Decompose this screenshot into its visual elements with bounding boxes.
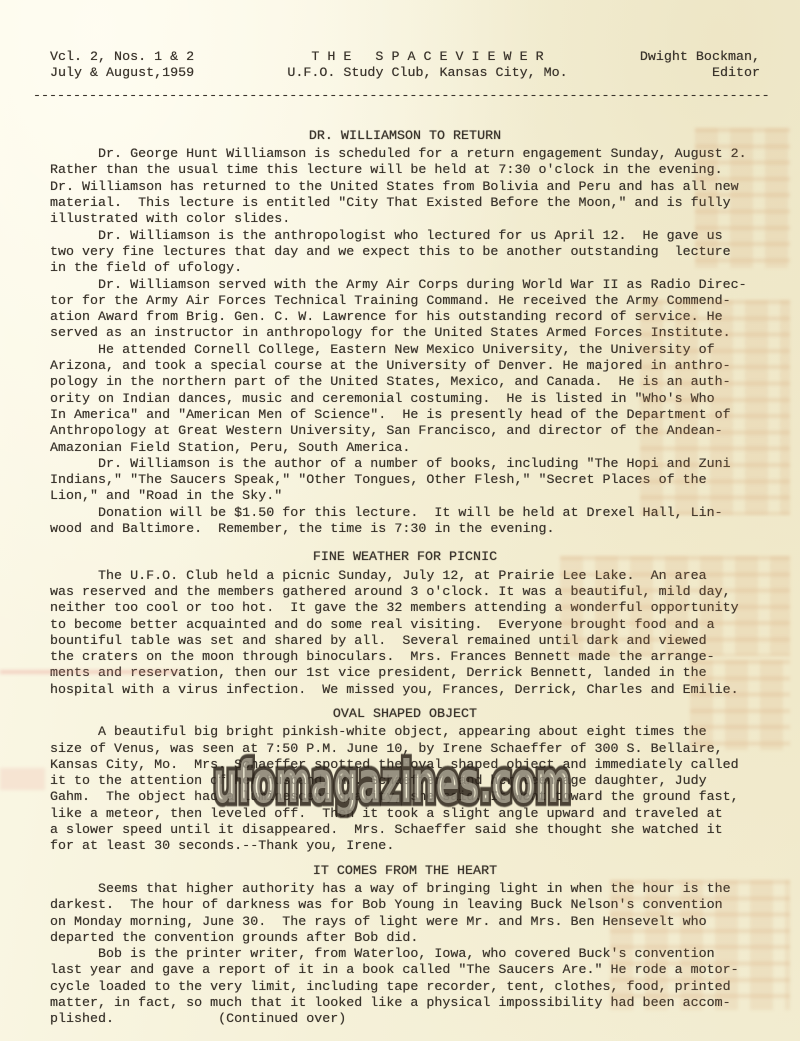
newsletter-title: T H E S P A C E V I E W E R bbox=[240, 50, 615, 66]
masthead-title-block: T H E S P A C E V I E W E R U.F.O. Study… bbox=[240, 50, 615, 83]
article-title: IT COMES FROM THE HEART bbox=[50, 864, 760, 880]
dashed-separator: ----------------------------------------… bbox=[33, 89, 780, 105]
article-body: The U.F.O. Club held a picnic Sunday, Ju… bbox=[50, 569, 760, 699]
newsletter-subtitle: U.F.O. Study Club, Kansas City, Mo. bbox=[240, 66, 615, 82]
article-body: Seems that higher authority has a way of… bbox=[50, 882, 760, 1029]
editor-role: Editor bbox=[615, 66, 760, 82]
article-title: DR. WILLIAMSON TO RETURN bbox=[50, 129, 760, 145]
article-body: Dr. George Hunt Williamson is scheduled … bbox=[50, 147, 760, 538]
article-fine-weather-for-picnic: FINE WEATHER FOR PICNIC The U.F.O. Club … bbox=[50, 550, 760, 699]
date-line: July & August,1959 bbox=[50, 66, 240, 82]
masthead-volume-block: Vcl. 2, Nos. 1 & 2 July & August,1959 bbox=[50, 50, 240, 83]
article-dr-williamson-to-return: DR. WILLIAMSON TO RETURN Dr. George Hunt… bbox=[50, 129, 760, 538]
paper-crease bbox=[0, 768, 45, 790]
article-it-comes-from-the-heart: IT COMES FROM THE HEART Seems that highe… bbox=[50, 864, 760, 1029]
editor-name: Dwight Bockman, bbox=[615, 50, 760, 66]
article-title: OVAL SHAPED OBJECT bbox=[50, 707, 760, 723]
article-title: FINE WEATHER FOR PICNIC bbox=[50, 550, 760, 566]
volume-line: Vcl. 2, Nos. 1 & 2 bbox=[50, 50, 240, 66]
newsletter-body: DR. WILLIAMSON TO RETURN Dr. George Hunt… bbox=[50, 129, 760, 1029]
newsletter-page: Vcl. 2, Nos. 1 & 2 July & August,1959 T … bbox=[0, 0, 800, 1041]
article-oval-shaped-object: OVAL SHAPED OBJECT A beautiful big brigh… bbox=[50, 707, 760, 856]
masthead: Vcl. 2, Nos. 1 & 2 July & August,1959 T … bbox=[50, 50, 760, 83]
masthead-editor-block: Dwight Bockman, Editor bbox=[615, 50, 760, 83]
article-body: A beautiful big bright pinkish-white obj… bbox=[50, 725, 760, 855]
